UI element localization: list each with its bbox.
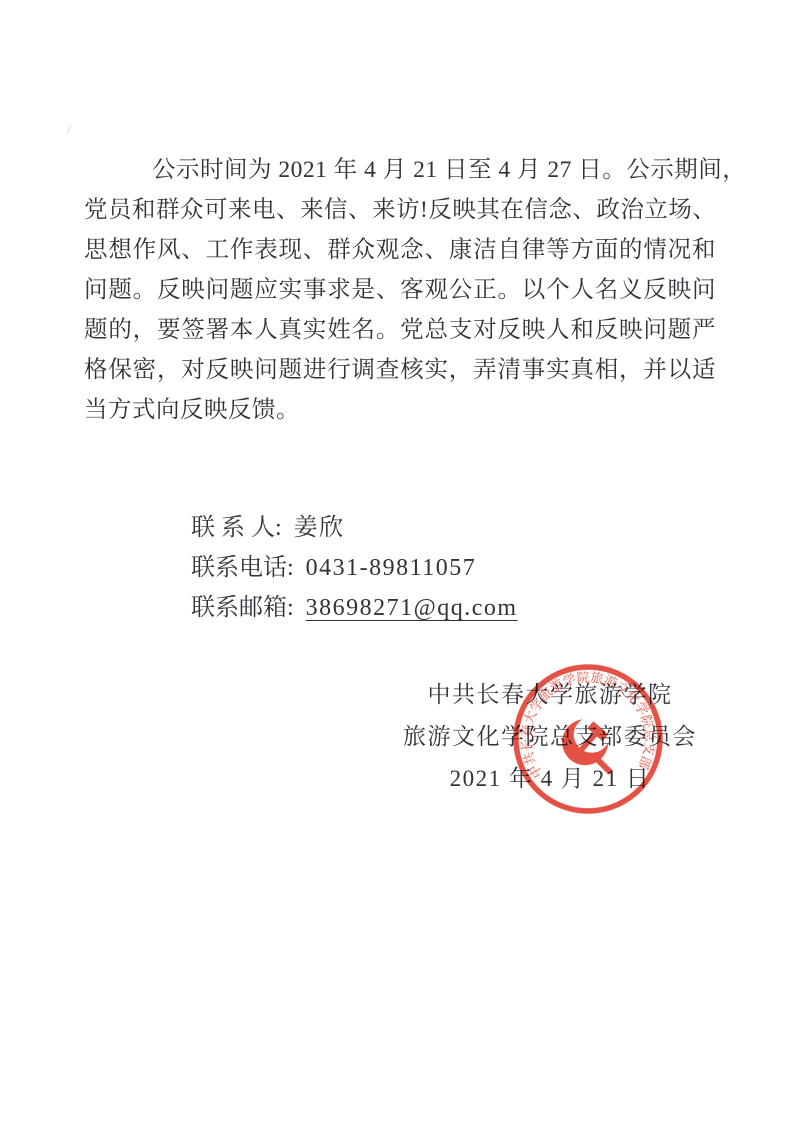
contact-phone-value: 0431-89811057	[306, 555, 477, 581]
contact-person-row: 联 系 人:姜欣	[155, 468, 518, 508]
paragraph-line: 公示时间为 2021 年 4 月 21 日至 4 月 27 日。公示期间，	[84, 150, 716, 190]
org-name-line-2: 旅游文化学院总支部委员会	[360, 716, 740, 758]
contact-person-value: 姜欣	[294, 515, 345, 541]
paragraph-line: 党员和群众可来电、来信、来访!反映其在信念、政治立场、	[84, 190, 716, 230]
org-name-line-1: 中共长春大学旅游学院	[360, 674, 740, 716]
scanned-notice-page: 公示时间为 2021 年 4 月 21 日至 4 月 27 日。公示期间， 党员…	[0, 0, 799, 1132]
paragraph-line: 当方式向反映反馈。	[84, 390, 716, 430]
contact-email-value: 38698271@qq.com	[306, 595, 518, 621]
contact-email-label: 联系邮箱:	[191, 595, 294, 621]
contact-phone-label: 联系电话:	[191, 555, 294, 581]
contact-person-label: 联 系 人:	[191, 515, 282, 541]
scan-artifact	[66, 124, 72, 134]
signature-block: 中共长春大学旅游学院 旅游文化学院总支部委员会 2021 年 4 月 21 日	[360, 674, 740, 800]
notice-paragraph: 公示时间为 2021 年 4 月 21 日至 4 月 27 日。公示期间， 党员…	[84, 150, 716, 430]
paragraph-line: 思想作风、工作表现、群众观念、康洁自律等方面的情况和	[84, 230, 716, 270]
contact-block: 联 系 人:姜欣 联系电话:0431-89811057 联系邮箱:3869827…	[155, 468, 518, 588]
paragraph-line: 题的，要签署本人真实姓名。党总支对反映人和反映问题严	[84, 310, 716, 350]
signature-date: 2021 年 4 月 21 日	[360, 758, 740, 800]
paragraph-line: 问题。反映问题应实事求是、客观公正。以个人名义反映问	[84, 270, 716, 310]
paragraph-line: 格保密，对反映问题进行调查核实，弄清事实真相，并以适	[84, 350, 716, 390]
